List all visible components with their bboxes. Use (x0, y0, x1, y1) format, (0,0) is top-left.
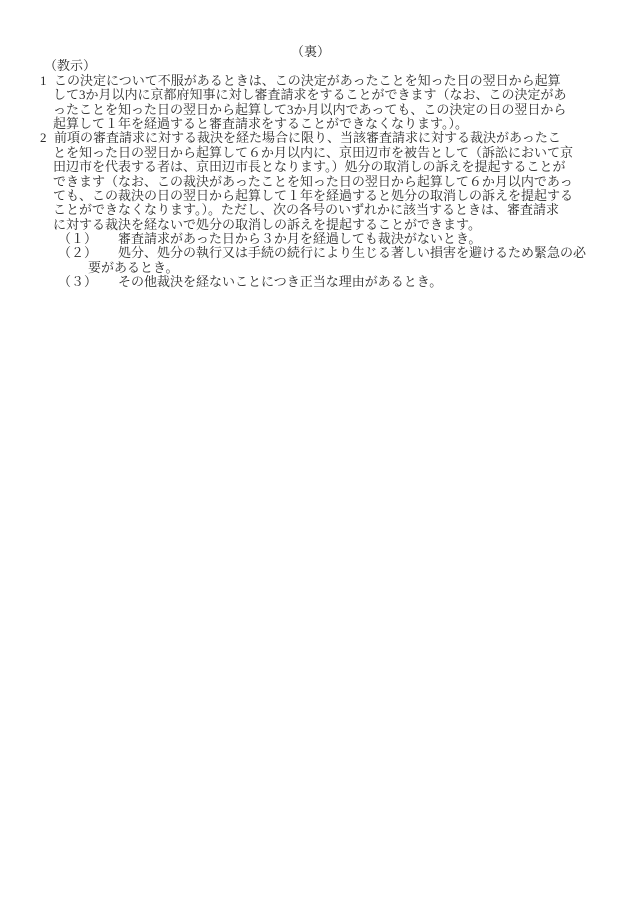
item-line: 田辺市を代表する者は、京田辺市長となります。）処分の取消しの訴えを提起することが (0, 160, 630, 174)
page-side-label: （裏） (291, 45, 330, 59)
item-text-line: 前項の審査請求に対する裁決を経た場合に限り、当該審査請求に対する裁決があったこ (54, 131, 561, 145)
item-text-line: とを知った日の翌日から起算して６か月以内に、京田辺市を被告として（訴訟において京 (53, 146, 573, 160)
item-number: 1 (40, 74, 47, 88)
item-line: ことができなくなります。）。ただし、次の各号のいずれかに該当するときは、審査請求 (0, 203, 630, 217)
notice-items: 1この決定について不服があるときは、この決定があったことを知った日の翌日から起算… (0, 74, 630, 290)
subitem-number: （１） (58, 232, 97, 246)
notice-heading: （教示） (44, 59, 96, 73)
page-side-label-row: （裏） (0, 45, 630, 59)
subitem-line: 要があるとき。 (0, 261, 630, 275)
item-text-line: して3か月以内に京都府知事に対し審査請求をすることができます（なお、この決定があ (53, 88, 567, 102)
item-text-line: ったことを知った日の翌日から起算して3か月以内であっても、この決定の日の翌日から (53, 103, 566, 117)
document-page: （裏） （教示） 1この決定について不服があるときは、この決定があったことを知っ… (0, 0, 630, 915)
item-line: できます（なお、この裁決があったことを知った日の翌日から起算して６か月以内であっ (0, 175, 630, 189)
item-line: に対する裁決を経ないで処分の取消しの訴えを提起することができます。 (0, 218, 630, 232)
item-text-line: ても、この裁決の日の翌日から起算して１年を経過すると処分の取消しの訴えを提起する (53, 189, 573, 203)
item-text-line: に対する裁決を経ないで処分の取消しの訴えを提起することができます。 (53, 218, 481, 232)
item-text-line: 田辺市を代表する者は、京田辺市長となります。）処分の取消しの訴えを提起することが (53, 160, 565, 174)
item-line: して3か月以内に京都府知事に対し審査請求をすることができます（なお、この決定があ (0, 88, 630, 102)
subitem-text-line: 要があるとき。 (88, 261, 178, 275)
item-line: 起算して１年を経過すると審査請求をすることができなくなります。）。 (0, 117, 630, 131)
item-text-line: ことができなくなります。）。ただし、次の各号のいずれかに該当するときは、審査請求 (53, 203, 559, 217)
subitem-line: （３）その他裁決を経ないことにつき正当な理由があるとき。 (0, 275, 630, 289)
subitem-text-line: 処分、処分の執行又は手続の続行により生じる著しい損害を避けるため緊急の必 (118, 246, 586, 260)
notice-text-block: （裏） （教示） 1この決定について不服があるときは、この決定があったことを知っ… (0, 45, 630, 290)
subitem-text-line: 審査請求があった日から３か月を経過しても裁決がないとき。 (118, 232, 481, 246)
subitem-text-line: その他裁決を経ないことにつき正当な理由があるとき。 (118, 275, 442, 289)
item-text-line: できます（なお、この裁決があったことを知った日の翌日から起算して６か月以内であっ (53, 175, 573, 189)
item-number: 2 (40, 131, 47, 145)
item-text-line: 起算して１年を経過すると審査請求をすることができなくなります。）。 (53, 117, 468, 131)
subitem-number: （２） (58, 246, 97, 260)
subitem-line: （１）審査請求があった日から３か月を経過しても裁決がないとき。 (0, 232, 630, 246)
item-line: とを知った日の翌日から起算して６か月以内に、京田辺市を被告として（訴訟において京 (0, 146, 630, 160)
notice-heading-row: （教示） (0, 59, 630, 73)
subitem-number: （３） (58, 275, 97, 289)
item-line: ったことを知った日の翌日から起算して3か月以内であっても、この決定の日の翌日から (0, 103, 630, 117)
item-line: 2前項の審査請求に対する裁決を経た場合に限り、当該審査請求に対する裁決があったこ (0, 131, 630, 145)
item-line: 1この決定について不服があるときは、この決定があったことを知った日の翌日から起算 (0, 74, 630, 88)
subitem-line: （２）処分、処分の執行又は手続の続行により生じる著しい損害を避けるため緊急の必 (0, 246, 630, 260)
item-text-line: この決定について不服があるときは、この決定があったことを知った日の翌日から起算 (54, 74, 561, 88)
item-line: ても、この裁決の日の翌日から起算して１年を経過すると処分の取消しの訴えを提起する (0, 189, 630, 203)
